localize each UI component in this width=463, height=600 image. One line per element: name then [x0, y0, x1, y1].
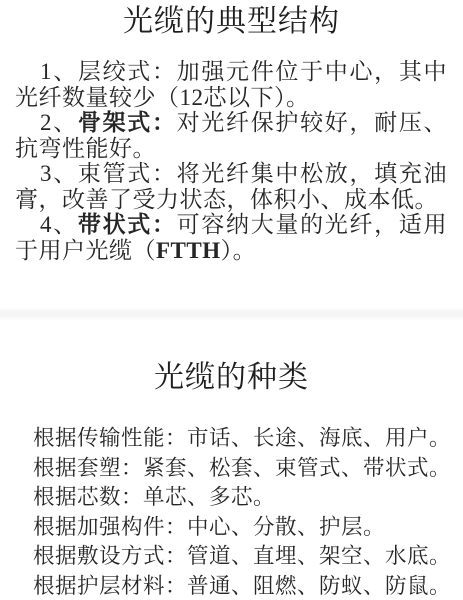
- structure-item: 1、层绞式：加强元件位于中心，其中光纤数量较少（12芯以下）。: [15, 59, 447, 110]
- types-section-title: 光缆的种类: [0, 360, 463, 396]
- bold-text-segment: 带状式：: [78, 212, 177, 237]
- structure-item: 3、束管式：将光纤集中松放，填充油膏，改善了受力状态，体积小、成本低。: [15, 161, 447, 212]
- section-divider: [0, 308, 463, 320]
- types-item: 根据套塑：紧套、松套、束管式、带状式。: [33, 454, 445, 484]
- types-item: 根据芯数：单芯、多芯。: [33, 483, 445, 513]
- document-page: 光缆的典型结构 1、层绞式：加强元件位于中心，其中光纤数量较少（12芯以下）。2…: [0, 0, 463, 600]
- types-item: 根据敷设方式：管道、直埋、架空、水底。: [33, 542, 445, 572]
- bold-text-segment: FTTH: [156, 238, 221, 263]
- bold-text-segment: 骨架式：: [78, 110, 177, 135]
- text-segment: 1、层绞式：加强元件位于中心，其中光纤数量较少（12芯以下）。: [15, 59, 447, 110]
- text-segment: 4、: [40, 212, 78, 237]
- text-segment: 2、: [40, 110, 78, 135]
- structure-item: 4、带状式：可容纳大量的光纤，适用于用户光缆（FTTH）。: [15, 212, 447, 263]
- structure-item: 2、骨架式：对光纤保护较好，耐压、抗弯性能好。: [15, 110, 447, 161]
- slide-structure-section: 光缆的典型结构 1、层绞式：加强元件位于中心，其中光纤数量较少（12芯以下）。2…: [0, 0, 463, 263]
- structure-item-list: 1、层绞式：加强元件位于中心，其中光纤数量较少（12芯以下）。2、骨架式：对光纤…: [0, 59, 463, 263]
- types-item: 根据护层材料：普通、阻燃、防蚁、防鼠。: [33, 572, 445, 600]
- text-segment: 3、束管式：将光纤集中松放，填充油膏，改善了受力状态，体积小、成本低。: [15, 161, 447, 212]
- structure-section-title: 光缆的典型结构: [0, 0, 463, 40]
- types-item-list: 根据传输性能：市话、长途、海底、用户。根据套塑：紧套、松套、束管式、带状式。根据…: [0, 424, 463, 600]
- types-item: 根据加强构件：中心、分散、护层。: [33, 513, 445, 543]
- text-segment: ）。: [221, 238, 257, 263]
- slide-types-section: 光缆的种类 根据传输性能：市话、长途、海底、用户。根据套塑：紧套、松套、束管式、…: [0, 360, 463, 600]
- types-item: 根据传输性能：市话、长途、海底、用户。: [33, 424, 445, 454]
